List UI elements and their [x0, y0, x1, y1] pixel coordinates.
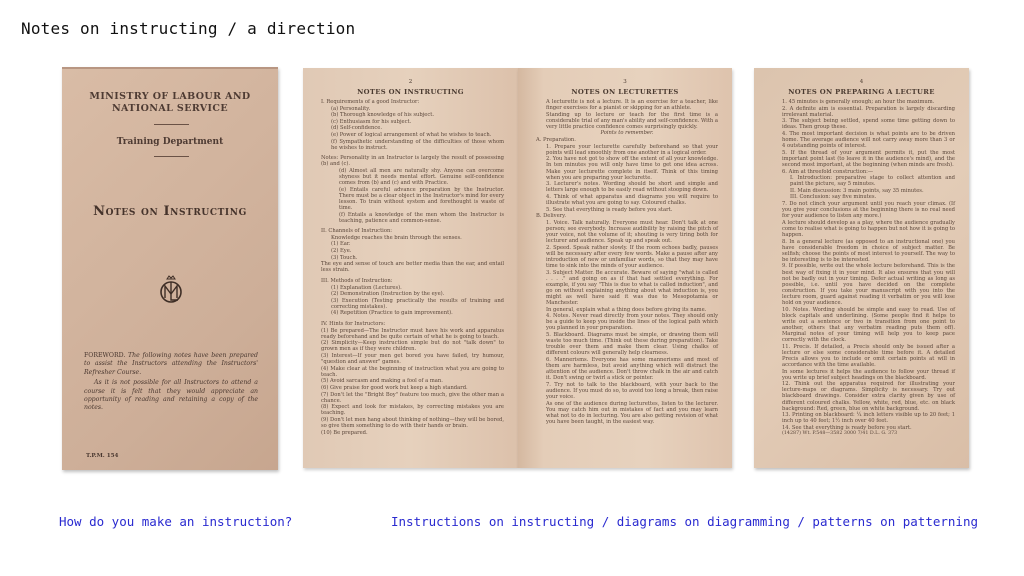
text-line: (1) Be prepared—The Instructor must have…: [321, 328, 504, 340]
text-line: (1) Ear.: [321, 241, 504, 247]
cover-form-code: T.P.M. 154: [86, 453, 118, 459]
text-line: 1. Prepare your lecturette carefully bef…: [536, 144, 718, 156]
cover-foreword: FOREWORD. The following notes have been …: [84, 352, 258, 413]
text-line: (6) Give praise for good work but keep a…: [321, 385, 504, 391]
text-line: A lecture should develop as a play, wher…: [772, 220, 955, 238]
text-line: (3) Interest—If your men get bored you h…: [321, 353, 504, 365]
text-line: (e) Power of logical arrangement of what…: [321, 132, 504, 138]
text-line: 5. If the thread of your argument permit…: [772, 150, 955, 168]
text-line: (f) Entails a knowledge of the men whom …: [321, 212, 504, 224]
text-line: (e) Entails careful advance preparation …: [321, 187, 504, 211]
text-line: II. Main discussion: 3 main points, say …: [772, 188, 955, 194]
text-line: 2. You have not got to show off the exte…: [536, 156, 718, 180]
text-line: A lecturette is not a lecture. It is an …: [536, 99, 718, 111]
text-line: 7. Try not to talk to the blackboard, wi…: [536, 382, 718, 400]
ml-monogram-crown-icon: [158, 274, 184, 304]
text-line: (4) Repetition (Practice to gain improve…: [321, 310, 504, 316]
text-line: As one of the audience during lecturette…: [536, 401, 718, 425]
page-body-text: I. Requirements of a good Instructor:(a)…: [303, 99, 518, 436]
caption-link-instructions-on-instructing[interactable]: Instructions on instructing / diagrams o…: [391, 514, 978, 529]
text-line: 2. Speed. Speak rather slowly. If the ro…: [536, 245, 718, 269]
text-line: The eye and sense of touch are better me…: [321, 261, 504, 273]
text-line: (10) Be prepared.: [321, 430, 504, 436]
text-line: 13. Printing on blackboard: ¼ inch lette…: [772, 412, 955, 424]
text-line: IV. Hints for Instructors:: [321, 321, 504, 327]
text-line: (2) Simplicity—Keep instruction simple b…: [321, 340, 504, 352]
foreword-label: FOREWORD.: [84, 352, 125, 359]
text-line: III. Conclusion: say five minutes.: [772, 194, 955, 200]
page-body-text: 1. 45 minutes is generally enough; an ho…: [754, 99, 969, 438]
text-line: 4. Notes. Never read directly from your …: [536, 313, 718, 331]
text-line: (7) Don't let the "Bright Boy" feature t…: [321, 392, 504, 404]
text-line: (5) Avoid sarcasm and making a fool of a…: [321, 378, 504, 384]
text-line: In some lectures it helps the audience t…: [772, 369, 955, 381]
text-line: (3) Touch.: [321, 255, 504, 261]
text-line: (d) Self-confidence.: [321, 125, 504, 131]
text-line: B. Delivery.: [536, 213, 718, 219]
text-line: 6. Aim at threefold construction:—: [772, 169, 955, 175]
foreword-paragraph-2: As it is not possible for all Instructor…: [84, 379, 258, 411]
text-line: 7. Do not clinch your argument until you…: [772, 201, 955, 219]
text-line: 10. Notes. Wording should be simple and …: [772, 307, 955, 344]
text-line: 6. Mannerisms. Everyone has some manneri…: [536, 357, 718, 381]
page-number: 3: [518, 79, 732, 85]
text-line: 4. Think of what apparatus and diagrams …: [536, 194, 718, 206]
text-line: III. Methods of Instruction:: [321, 278, 504, 284]
slide-title: Notes on instructing / a direction: [21, 19, 355, 38]
text-line: Points to remember.: [536, 130, 718, 136]
booklet-page-2: 2 NOTES ON INSTRUCTING I. Requirements o…: [303, 68, 518, 468]
text-line: 9. If possible, write out the whole lect…: [772, 263, 955, 306]
text-line: Notes: Personality in an Instructor is l…: [321, 155, 504, 167]
text-line: 8. In a general lecture (as opposed to a…: [772, 239, 955, 263]
text-line: 2. A definite aim is essential. Preparat…: [772, 106, 955, 118]
text-line: II. Channels of Instruction:: [321, 228, 504, 234]
text-line: I. Requirements of a good Instructor:: [321, 99, 504, 105]
booklet-cover-photo: MINISTRY OF LABOUR AND NATIONAL SERVICE …: [62, 67, 278, 470]
text-line: (8) Expect and look for mistakes, by cor…: [321, 404, 504, 416]
text-line: (a) Personality.: [321, 106, 504, 112]
cover-rule-divider: [154, 156, 189, 157]
text-line: 5. See that everything is ready before y…: [536, 207, 718, 213]
page-heading: NOTES ON INSTRUCTING: [303, 88, 518, 96]
text-line: In general, explain what a thing does be…: [536, 307, 718, 313]
text-line: I. Introduction: preparative stage to co…: [772, 175, 955, 187]
text-line: 5. Blackboard. Diagrams must be simple, …: [536, 332, 718, 356]
text-line: (1) Explanation (Lectures).: [321, 285, 504, 291]
text-line: (c) Enthusiasm for his subject.: [321, 119, 504, 125]
page-number: 4: [754, 79, 969, 85]
cover-rule-divider: [154, 124, 189, 125]
cover-department: Training Department: [62, 137, 278, 147]
text-line: (2) Demonstration (Instruction by the ey…: [321, 291, 504, 297]
cover-ministry-line1: MINISTRY OF LABOUR AND: [62, 91, 278, 103]
page-number: 2: [303, 79, 518, 85]
text-line: 11. Precis. If detailed, a Precis should…: [772, 344, 955, 368]
booklet-page-4: 4 NOTES ON PREPARING A LECTURE 1. 45 min…: [754, 68, 969, 468]
text-line: (2) Eye.: [321, 248, 504, 254]
page-body-text: A lecturette is not a lecture. It is an …: [518, 99, 732, 425]
cover-ministry-heading: MINISTRY OF LABOUR AND NATIONAL SERVICE: [62, 91, 278, 115]
text-line: 4. The most important decision is what p…: [772, 131, 955, 149]
text-line: (9) Don't let men hang about thinking of…: [321, 417, 504, 429]
text-line: 1. 45 minutes is generally enough; an ho…: [772, 99, 955, 105]
text-line: (3) Execution (Testing practically the r…: [321, 298, 504, 310]
text-line: 12. Think out the apparatus required for…: [772, 381, 955, 411]
booklet-page-3: 3 NOTES ON LECTURETTES A lecturette is n…: [518, 68, 732, 468]
text-line: (b) Thorough knowledge of his subject.: [321, 112, 504, 118]
text-line: 3. Subject Matter. Be accurate. Beware o…: [536, 270, 718, 307]
caption-link-make-instruction[interactable]: How do you make an instruction?: [59, 514, 292, 529]
text-line: (d) Almost all men are naturally shy. An…: [321, 168, 504, 186]
text-line: 3. Lecturer's notes. Wording should be s…: [536, 181, 718, 193]
text-line: 1. Voice. Talk naturally. Everyone must …: [536, 220, 718, 244]
text-line: 3. The subject being settled, spend some…: [772, 118, 955, 130]
page-heading: NOTES ON PREPARING A LECTURE: [754, 88, 969, 96]
printer-imprint: (14287) Wt. P.548—3582 3000 7/41 D.L. G.…: [772, 431, 955, 437]
text-line: (f) Sympathetic understanding of the dif…: [321, 139, 504, 151]
page-heading: NOTES ON LECTURETTES: [518, 88, 732, 96]
text-line: A. Preparation.: [536, 137, 718, 143]
cover-ministry-line2: NATIONAL SERVICE: [62, 103, 278, 115]
text-line: Standing up to lecture or teach for the …: [536, 112, 718, 130]
cover-title: Notes on Instructing: [62, 204, 278, 219]
text-line: (4) Make clear at the beginning of instr…: [321, 366, 504, 378]
